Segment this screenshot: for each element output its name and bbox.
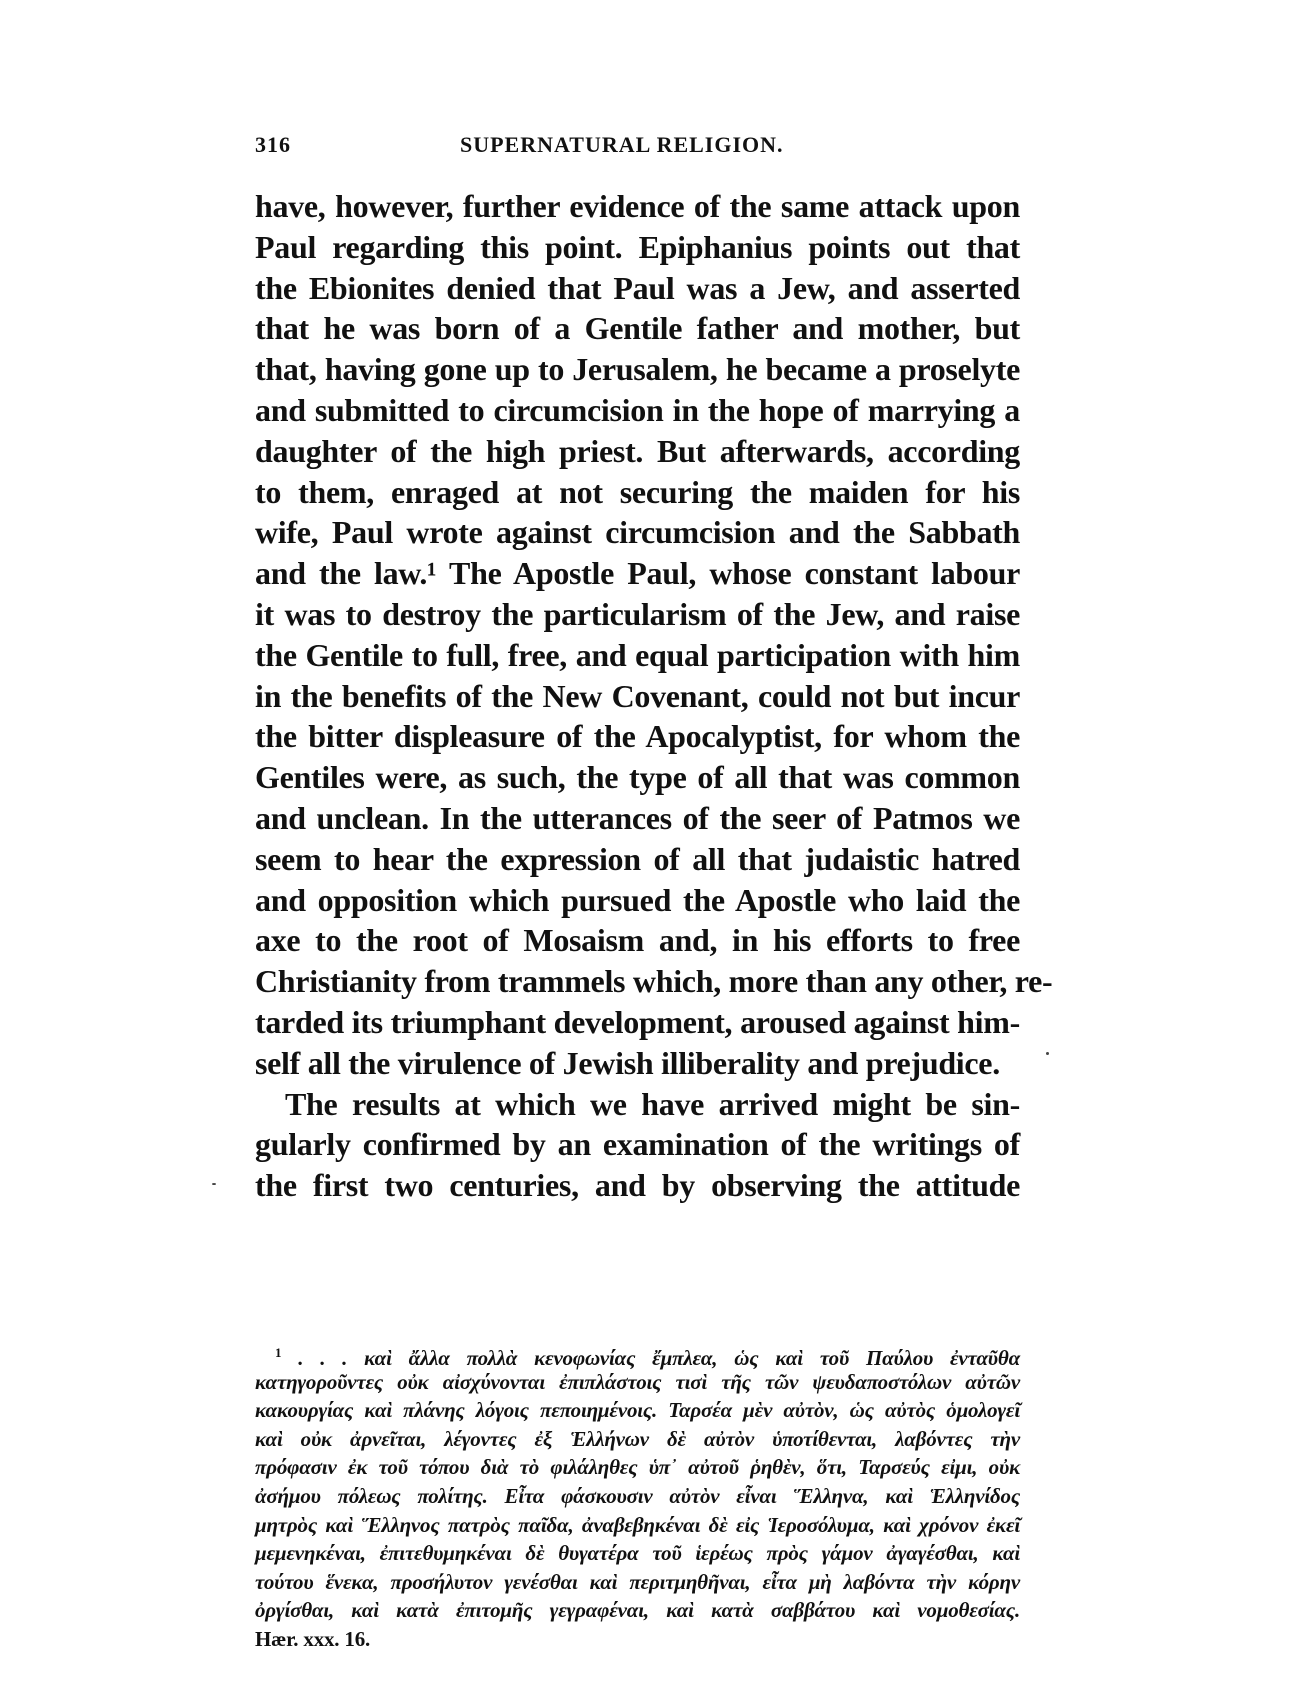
body-line: and unclean. In the utterances of the se… — [255, 798, 1020, 839]
scan-speck — [212, 1183, 216, 1185]
body-line: self all the virulence of Jewish illiber… — [255, 1043, 1020, 1084]
body-line: Gentiles were, as such, the type of all … — [255, 757, 1020, 798]
body-line: the Gentile to full, free, and equal par… — [255, 635, 1020, 676]
body-line: have, however, further evidence of the s… — [255, 186, 1020, 227]
footnote-line: πρόφασιν ἐκ τοῦ τόπου διὰ τὸ φιλάληθες ὑ… — [255, 1453, 1020, 1482]
body-line: to them, enraged at not securing the mai… — [255, 472, 1020, 513]
paragraph-start-line: The results at which we have arrived mig… — [255, 1084, 1020, 1125]
body-line: tarded its triumphant development, arous… — [255, 1002, 1020, 1043]
body-line: gularly confirmed by an examination of t… — [255, 1124, 1020, 1165]
page-number: 316 — [255, 132, 291, 158]
footnote-marker: 1 — [275, 1345, 281, 1360]
body-line: in the benefits of the New Covenant, cou… — [255, 676, 1020, 717]
body-line: that he was born of a Gentile father and… — [255, 308, 1020, 349]
body-line: wife, Paul wrote against circumcision an… — [255, 512, 1020, 553]
body-line: seem to hear the expression of all that … — [255, 839, 1020, 880]
footnote-line: 1 . . . καὶ ἄλλα πολλὰ κενοφωνίας ἔμπλεα… — [255, 1339, 1020, 1368]
body-line: the first two centuries, and by observin… — [255, 1165, 1020, 1206]
footnote-citation: Hær. xxx. 16. — [255, 1625, 1020, 1654]
footnote-line: κακουργίας καὶ πλάνης λόγοις πεποιημένοι… — [255, 1396, 1020, 1425]
footnote-line: μεμενηκέναι, ἐπιτεθυμηκέναι δὲ θυγατέρα … — [255, 1539, 1020, 1568]
body-line: and submitted to circumcision in the hop… — [255, 390, 1020, 431]
body-line: and opposition which pursued the Apostle… — [255, 880, 1020, 921]
footnote-line: ἀσήμου πόλεως πολίτης. Εἶτα φάσκουσιν αὐ… — [255, 1482, 1020, 1511]
body-line: it was to destroy the particularism of t… — [255, 594, 1020, 635]
running-head: 316 SUPERNATURAL RELIGION. — [255, 132, 1020, 162]
body-line: Christianity from trammels which, more t… — [255, 961, 1020, 1002]
scan-speck — [1046, 1052, 1049, 1055]
body-line: daughter of the high priest. But afterwa… — [255, 431, 1020, 472]
body-line: and the law.¹ The Apostle Paul, whose co… — [255, 553, 1020, 594]
footnote: 1 . . . καὶ ἄλλα πολλὰ κενοφωνίας ἔμπλεα… — [255, 1339, 1020, 1654]
body-line: the bitter displeasure of the Apocalypti… — [255, 716, 1020, 757]
footnote-line: μητρὸς καὶ Ἕλληνος πατρὸς παῖδα, ἀναβεβη… — [255, 1511, 1020, 1540]
book-page: 316 SUPERNATURAL RELIGION. have, however… — [0, 0, 1292, 1700]
body-line: that, having gone up to Jerusalem, he be… — [255, 349, 1020, 390]
footnote-line: κατηγοροῦντες οὐκ αἰσχύνονται ἐπιπλάστοι… — [255, 1368, 1020, 1397]
body-line: axe to the root of Mosaism and, in his e… — [255, 920, 1020, 961]
footnote-line: τούτου ἕνεκα, προσήλυτον γενέσθαι καὶ πε… — [255, 1568, 1020, 1597]
body-line: Paul regarding this point. Epiphanius po… — [255, 227, 1020, 268]
book-title: SUPERNATURAL RELIGION. — [460, 132, 784, 158]
footnote-text: . . . καὶ ἄλλα πολλὰ κενοφωνίας ἔμπλεα, … — [298, 1346, 1020, 1370]
body-line: the Ebionites denied that Paul was a Jew… — [255, 268, 1020, 309]
footnote-line: καὶ οὐκ ἀρνεῖται, λέγοντες ἐξ Ἑλλήνων δὲ… — [255, 1425, 1020, 1454]
footnote-line: ὀργίσθαι, καὶ κατὰ ἐπιτομῆς γεγραφέναι, … — [255, 1596, 1020, 1625]
body-text: have, however, further evidence of the s… — [255, 186, 1020, 1206]
